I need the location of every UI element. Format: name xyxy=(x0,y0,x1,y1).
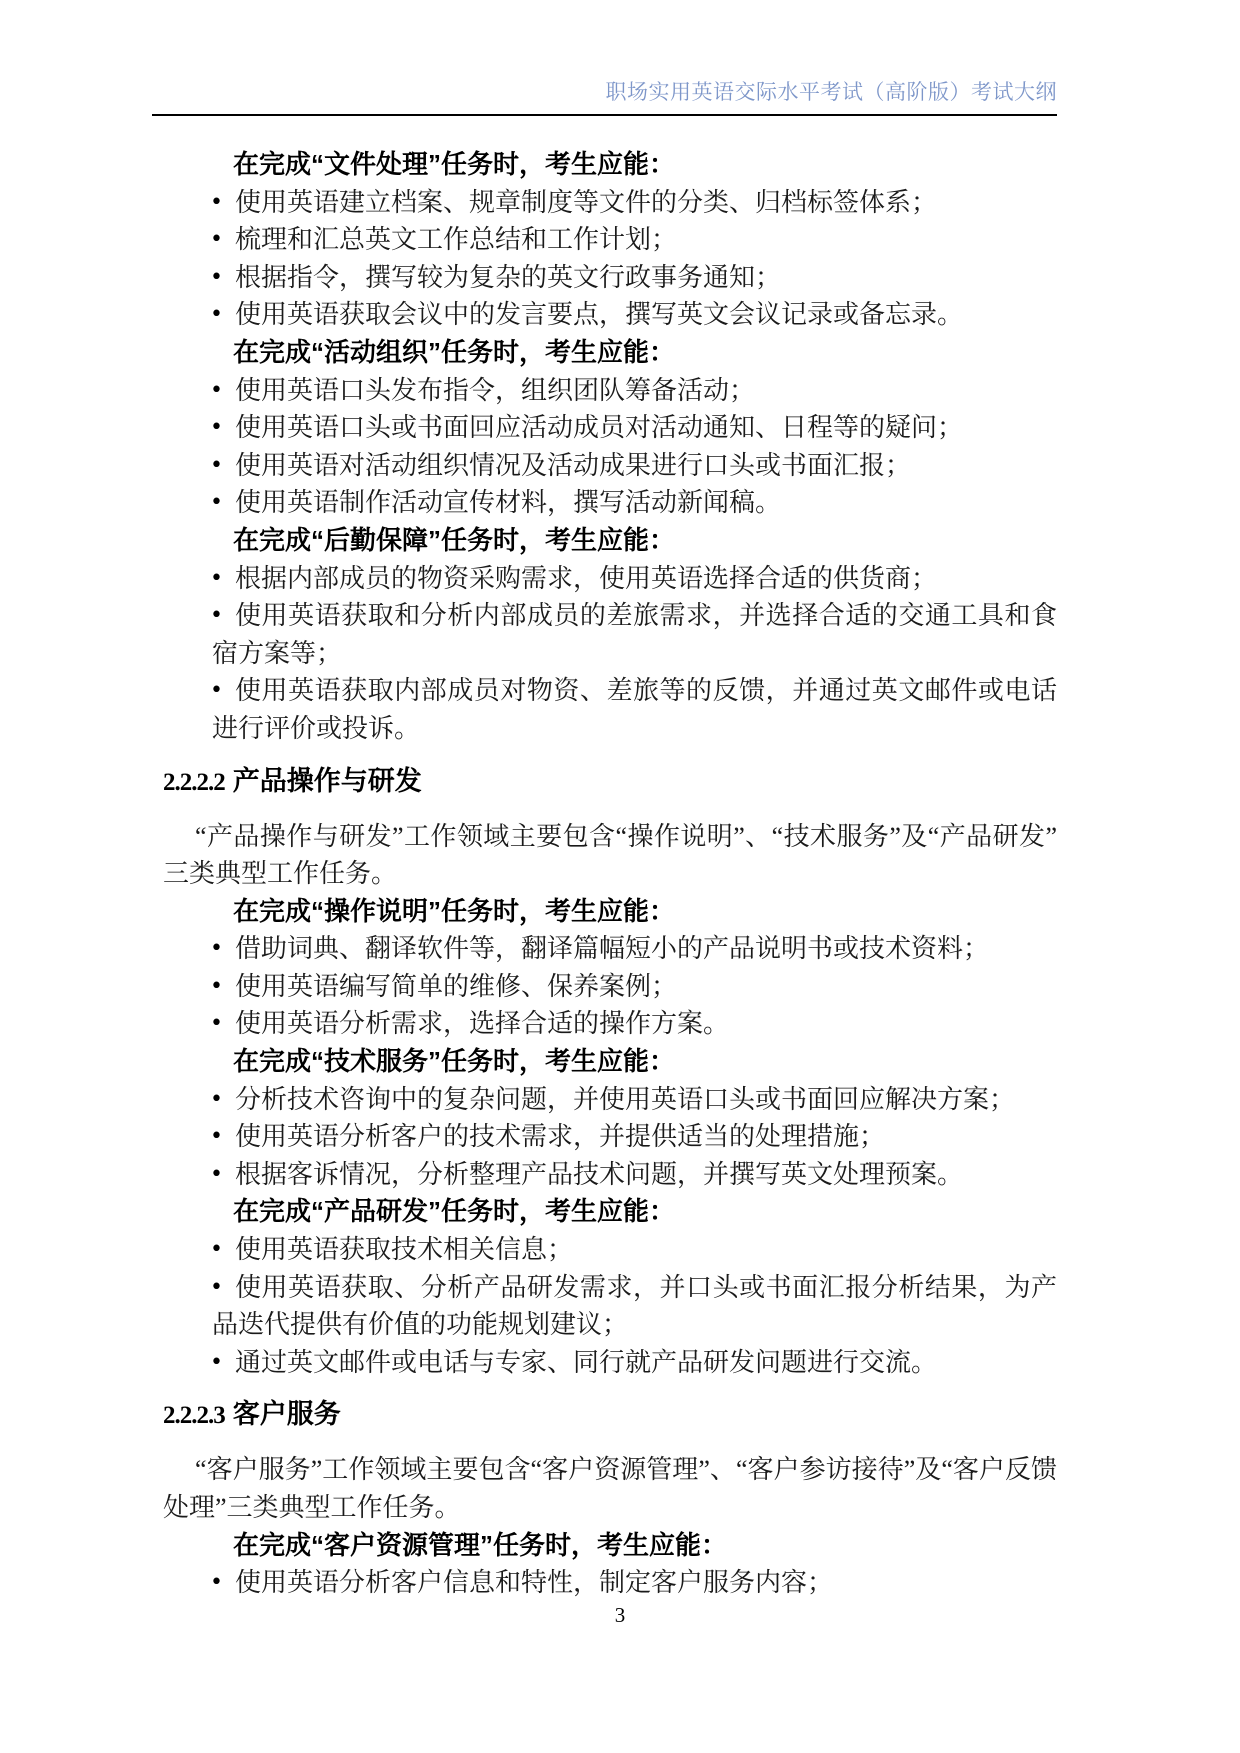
section-number: 2.2.2.3 xyxy=(163,1402,225,1429)
task-heading: 在完成“活动组织”任务时，考生应能： xyxy=(163,334,1057,372)
section-product-operation-rnd: 2.2.2.2产品操作与研发 “产品操作与研发”工作领域主要包含“操作说明”、“… xyxy=(163,762,1057,1382)
task-block-customer-resource-management: 在完成“客户资源管理”任务时，考生应能： 使用英语分析客户信息和特性，制定客户服… xyxy=(163,1527,1057,1602)
bullet-item: 使用英语获取技术相关信息； xyxy=(163,1231,1057,1269)
task-block-event-organization: 在完成“活动组织”任务时，考生应能： 使用英语口头发布指令，组织团队筹备活动； … xyxy=(163,334,1057,522)
bullet-item: 使用英语获取、分析产品研发需求，并口头或书面汇报分析结果，为产品迭代提供有价值的… xyxy=(163,1269,1057,1344)
section-title: 产品操作与研发 xyxy=(233,766,422,796)
bullet-item: 借助词典、翻译软件等，翻译篇幅短小的产品说明书或技术资料； xyxy=(163,930,1057,968)
page-content: 在完成“文件处理”任务时，考生应能： 使用英语建立档案、规章制度等文件的分类、归… xyxy=(163,146,1057,1602)
header-title: 职场实用英语交际水平考试（高阶版）考试大纲 xyxy=(152,80,1057,105)
bullet-item: 使用英语口头或书面回应活动成员对活动通知、日程等的疑问； xyxy=(163,409,1057,447)
bullet-item: 分析技术咨询中的复杂问题，并使用英语口头或书面回应解决方案； xyxy=(163,1081,1057,1119)
bullet-item: 使用英语获取和分析内部成员的差旅需求，并选择合适的交通工具和食宿方案等； xyxy=(163,597,1057,672)
bullet-item: 使用英语分析客户的技术需求，并提供适当的处理措施； xyxy=(163,1118,1057,1156)
document-page: 职场实用英语交际水平考试（高阶版）考试大纲 在完成“文件处理”任务时，考生应能：… xyxy=(0,0,1240,1753)
section-title: 客户服务 xyxy=(233,1399,341,1429)
bullet-item: 使用英语口头发布指令，组织团队筹备活动； xyxy=(163,372,1057,410)
bullet-item: 根据内部成员的物资采购需求，使用英语选择合适的供货商； xyxy=(163,560,1057,598)
bullet-item: 使用英语分析客户信息和特性，制定客户服务内容； xyxy=(163,1564,1057,1602)
page-header: 职场实用英语交际水平考试（高阶版）考试大纲 xyxy=(152,80,1057,116)
bullet-item: 根据指令，撰写较为复杂的英文行政事务通知； xyxy=(163,259,1057,297)
bullet-item: 使用英语获取会议中的发言要点，撰写英文会议记录或备忘录。 xyxy=(163,296,1057,334)
bullet-item: 使用英语编写简单的维修、保养案例； xyxy=(163,968,1057,1006)
task-block-technical-service: 在完成“技术服务”任务时，考生应能： 分析技术咨询中的复杂问题，并使用英语口头或… xyxy=(163,1043,1057,1193)
section-heading: 2.2.2.3客户服务 xyxy=(163,1395,1057,1435)
page-number: 3 xyxy=(0,1603,1240,1628)
bullet-item: 使用英语分析需求，选择合适的操作方案。 xyxy=(163,1005,1057,1043)
bullet-item: 使用英语对活动组织情况及活动成果进行口头或书面汇报； xyxy=(163,447,1057,485)
bullet-item: 根据客诉情况，分析整理产品技术问题，并撰写英文处理预案。 xyxy=(163,1156,1057,1194)
task-block-file-handling: 在完成“文件处理”任务时，考生应能： 使用英语建立档案、规章制度等文件的分类、归… xyxy=(163,146,1057,334)
section-heading: 2.2.2.2产品操作与研发 xyxy=(163,762,1057,802)
task-block-product-development: 在完成“产品研发”任务时，考生应能： 使用英语获取技术相关信息； 使用英语获取、… xyxy=(163,1193,1057,1381)
bullet-item: 使用英语获取内部成员对物资、差旅等的反馈，并通过英文邮件或电话进行评价或投诉。 xyxy=(163,672,1057,747)
task-heading: 在完成“后勤保障”任务时，考生应能： xyxy=(163,522,1057,560)
task-heading: 在完成“技术服务”任务时，考生应能： xyxy=(163,1043,1057,1081)
task-heading: 在完成“客户资源管理”任务时，考生应能： xyxy=(163,1527,1057,1565)
section-number: 2.2.2.2 xyxy=(163,769,225,796)
bullet-item: 通过英文邮件或电话与专家、同行就产品研发问题进行交流。 xyxy=(163,1344,1057,1382)
bullet-item: 使用英语制作活动宣传材料，撰写活动新闻稿。 xyxy=(163,484,1057,522)
task-heading: 在完成“文件处理”任务时，考生应能： xyxy=(163,146,1057,184)
section-intro: “客户服务”工作领域主要包含“客户资源管理”、“客户参访接待”及“客户反馈处理”… xyxy=(163,1451,1057,1526)
bullet-item: 使用英语建立档案、规章制度等文件的分类、归档标签体系； xyxy=(163,184,1057,222)
task-heading: 在完成“操作说明”任务时，考生应能： xyxy=(163,893,1057,931)
section-customer-service: 2.2.2.3客户服务 “客户服务”工作领域主要包含“客户资源管理”、“客户参访… xyxy=(163,1395,1057,1601)
task-block-logistics: 在完成“后勤保障”任务时，考生应能： 根据内部成员的物资采购需求，使用英语选择合… xyxy=(163,522,1057,748)
bullet-item: 梳理和汇总英文工作总结和工作计划； xyxy=(163,221,1057,259)
task-block-operation-instructions: 在完成“操作说明”任务时，考生应能： 借助词典、翻译软件等，翻译篇幅短小的产品说… xyxy=(163,893,1057,1043)
task-heading: 在完成“产品研发”任务时，考生应能： xyxy=(163,1193,1057,1231)
section-intro: “产品操作与研发”工作领域主要包含“操作说明”、“技术服务”及“产品研发”三类典… xyxy=(163,818,1057,893)
